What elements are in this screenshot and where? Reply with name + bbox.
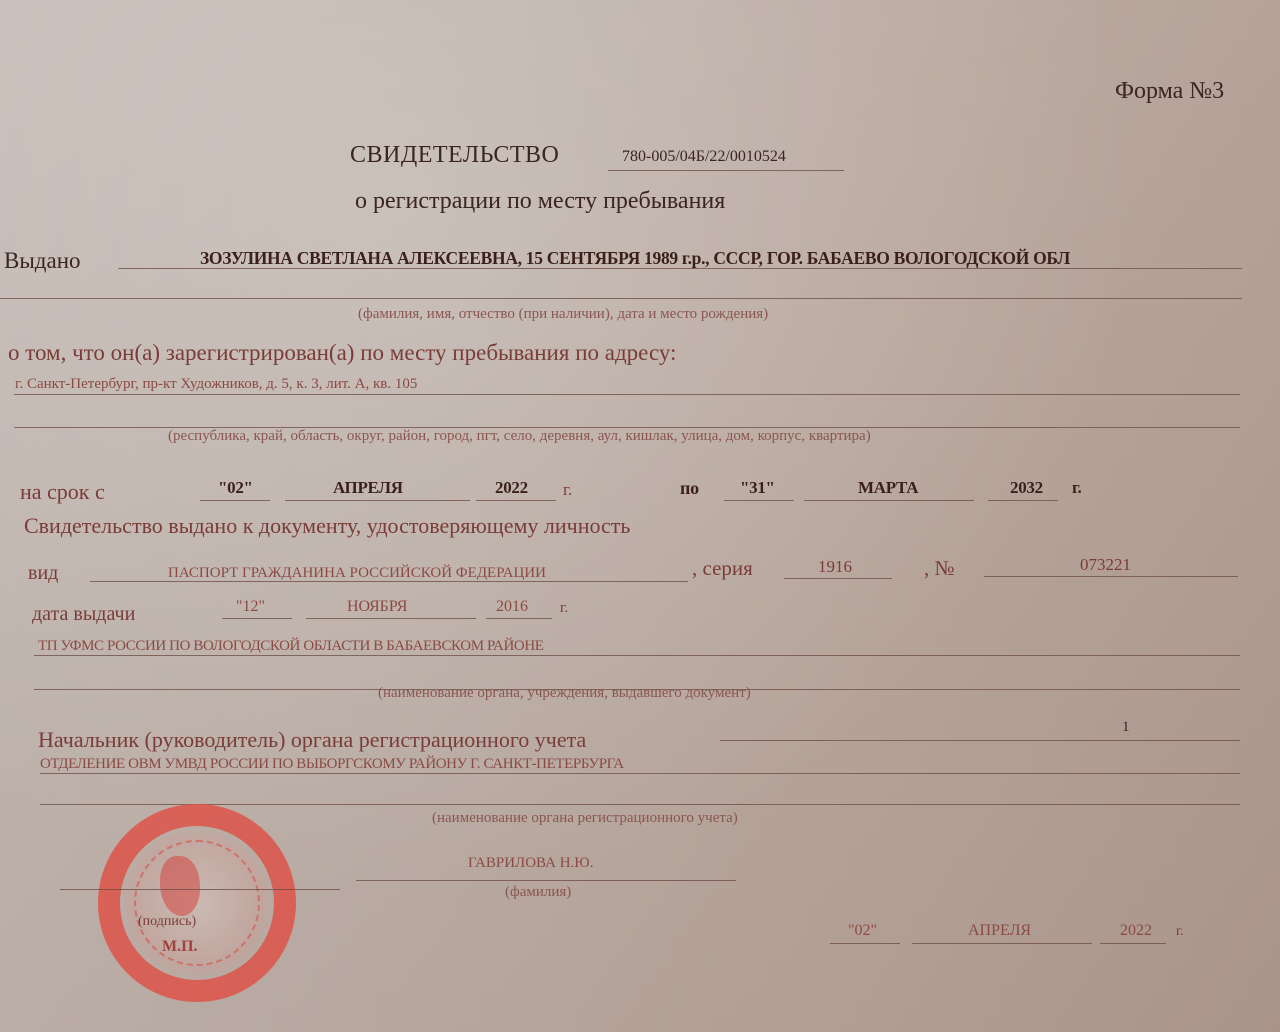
address-caption: (республика, край, область, округ, район… xyxy=(168,428,871,445)
signer-surname: ГАВРИЛОВА Н.Ю. xyxy=(468,855,593,872)
authority-head-underline xyxy=(720,740,1240,741)
term-from-day: "02" xyxy=(218,478,253,498)
issuer-value: ТП УФМС РОССИИ ПО ВОЛОГОДСКОЙ ОБЛАСТИ В … xyxy=(38,638,544,655)
signature-underline xyxy=(60,889,340,890)
certificate-number-underline xyxy=(608,170,844,171)
issued-to-label: Выдано xyxy=(4,248,81,274)
surname-caption: (фамилия) xyxy=(505,884,571,901)
official-stamp: (подпись) М.П. xyxy=(98,804,296,1002)
number-label: , № xyxy=(924,556,955,581)
issue-month-underline xyxy=(306,618,476,619)
issue-date-year-underline xyxy=(1100,943,1166,944)
address-underline xyxy=(14,394,1240,395)
term-to-month: МАРТА xyxy=(858,478,918,498)
authority-caption: (наименование органа регистрационного уч… xyxy=(432,810,738,827)
certificate-number: 780-005/04Б/22/0010524 xyxy=(622,148,786,166)
authority-underline-2 xyxy=(40,804,1240,805)
authority-underline xyxy=(40,773,1240,774)
issuer-caption: (наименование органа, учреждения, выдавш… xyxy=(378,685,751,702)
stamp-place-text: М.П. xyxy=(162,938,198,956)
issued-to-underline-2 xyxy=(0,298,1242,299)
term-to-year-underline xyxy=(988,500,1058,501)
document-subtitle: о регистрации по месту пребывания xyxy=(355,188,725,215)
issue-year: 2016 xyxy=(496,598,528,616)
issued-to-caption: (фамилия, имя, отчество (при наличии), д… xyxy=(358,306,768,323)
term-from-label: на срок с xyxy=(20,479,105,505)
issue-day: "12" xyxy=(236,598,265,616)
identity-document-heading: Свидетельство выдано к документу, удосто… xyxy=(24,513,630,539)
term-from-month-underline xyxy=(285,500,470,501)
authority-value: ОТДЕЛЕНИЕ ОВМ УМВД РОССИИ ПО ВЫБОРГСКОМУ… xyxy=(40,756,624,773)
term-from-day-underline xyxy=(200,500,270,501)
issue-year-suffix: г. xyxy=(560,600,568,617)
issue-date-month: АПРЕЛЯ xyxy=(968,922,1031,940)
issued-to-value: ЗОЗУЛИНА СВЕТЛАНА АЛЕКСЕЕВНА, 15 СЕНТЯБР… xyxy=(200,248,1070,269)
address-value: г. Санкт-Петербург, пр-кт Художников, д.… xyxy=(15,376,417,393)
term-to-day-underline xyxy=(724,500,794,501)
document-title: СВИДЕТЕЛЬСТВО xyxy=(350,142,559,169)
issued-to-underline xyxy=(118,268,1242,269)
authority-head-label: Начальник (руководитель) органа регистра… xyxy=(38,727,586,753)
term-from-year-suffix: г. xyxy=(563,480,572,500)
issue-date-month-underline xyxy=(912,943,1092,944)
document-type-label: вид xyxy=(28,562,58,585)
issue-date-label: дата выдачи xyxy=(32,603,135,626)
issue-date-year-suffix: г. xyxy=(1176,924,1184,940)
term-to-year: 2032 xyxy=(1010,478,1043,498)
issue-date-day: "02" xyxy=(848,922,877,940)
term-to-month-underline xyxy=(804,500,974,501)
surname-underline xyxy=(356,880,736,881)
authority-head-mark: 1 xyxy=(1122,719,1130,736)
document-type-underline xyxy=(90,581,688,582)
address-label: о том, что он(а) зарегистрирован(а) по м… xyxy=(8,340,676,366)
issue-date-day-underline xyxy=(830,943,900,944)
term-to-day: "31" xyxy=(740,478,775,498)
series-underline xyxy=(784,578,892,579)
series-value: 1916 xyxy=(818,557,852,577)
issue-date-year: 2022 xyxy=(1120,922,1152,940)
issue-month: НОЯБРЯ xyxy=(347,598,407,616)
issuer-underline xyxy=(34,655,1240,656)
series-label: , серия xyxy=(692,556,753,581)
number-value: 073221 xyxy=(1080,555,1131,575)
signature-caption: (подпись) xyxy=(138,914,196,930)
issue-year-underline xyxy=(486,618,552,619)
issue-day-underline xyxy=(222,618,292,619)
term-from-year-underline xyxy=(476,500,556,501)
stamp-emblem-icon xyxy=(160,856,200,916)
term-to-label: по xyxy=(680,478,699,499)
form-number: Форма №3 xyxy=(1115,78,1224,105)
document-type-value: ПАСПОРТ ГРАЖДАНИНА РОССИЙСКОЙ ФЕДЕРАЦИИ xyxy=(168,565,546,582)
term-from-year: 2022 xyxy=(495,478,528,498)
number-underline xyxy=(984,576,1238,577)
term-to-year-suffix: г. xyxy=(1072,478,1081,498)
term-from-month: АПРЕЛЯ xyxy=(333,478,403,498)
